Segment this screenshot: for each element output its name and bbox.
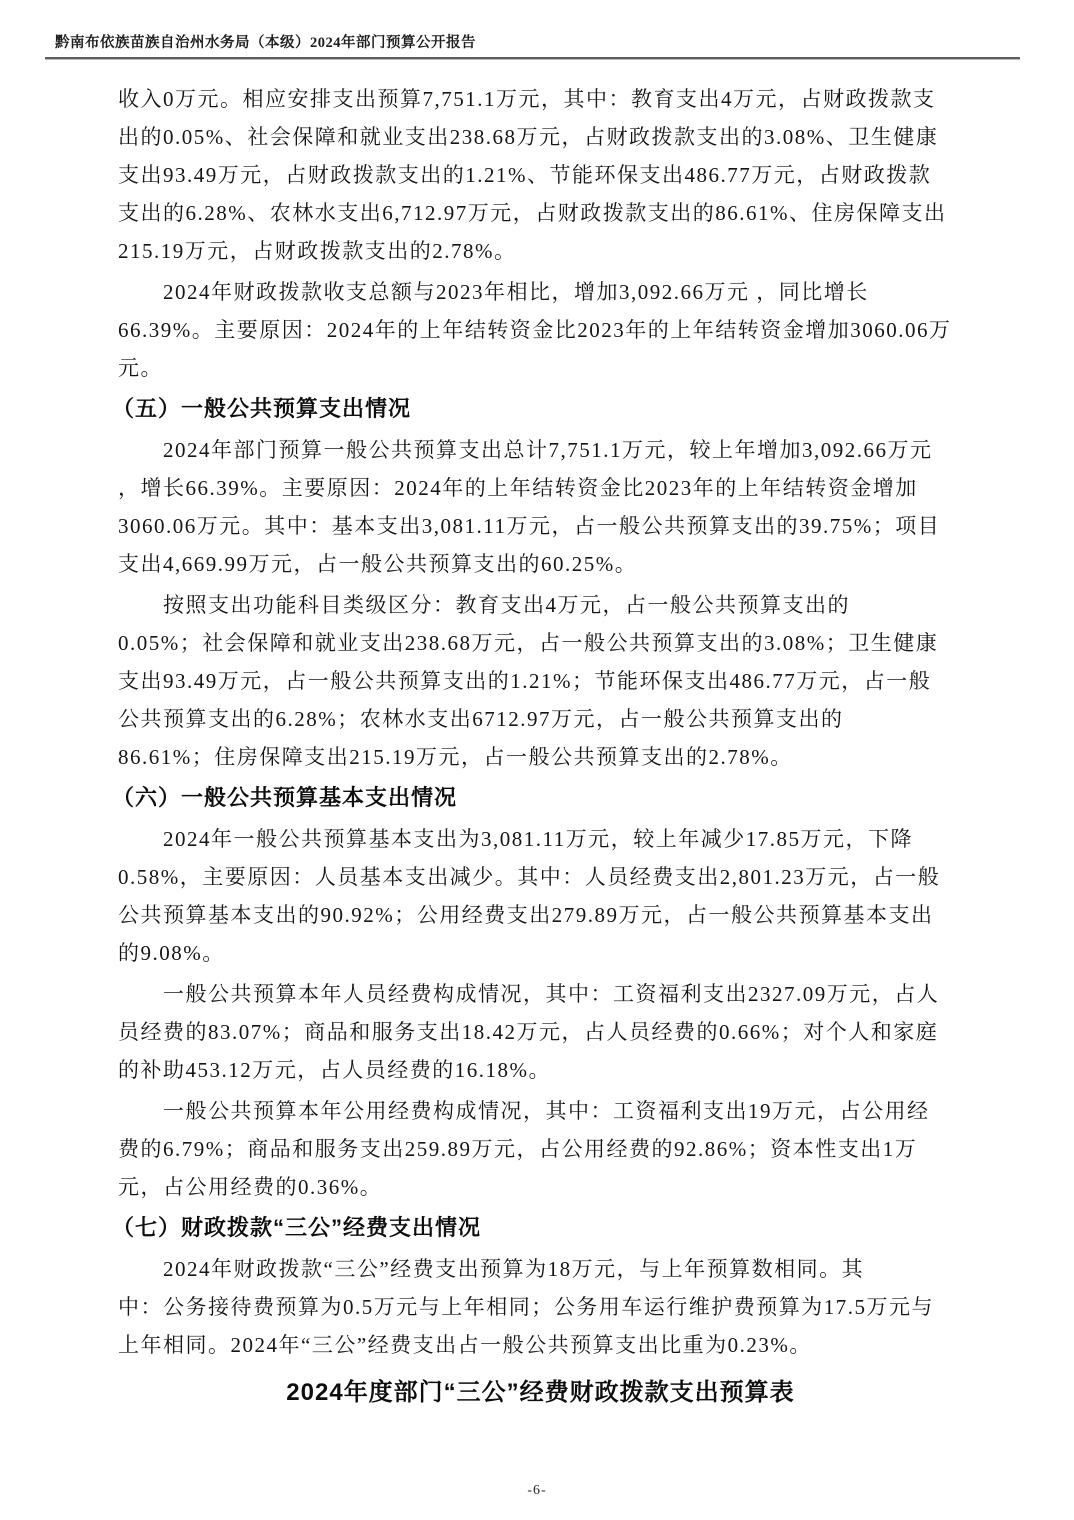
section-heading-6: （六）一般公共预算基本支出情况 [112, 779, 963, 817]
paragraph-line: 支出93.49万元，占财政拨款支出的1.21%、节能环保支出486.77万元，占… [118, 156, 963, 194]
paragraph-public-funds: 一般公共预算本年公用经费构成情况，其中：工资福利支出19万元，占公用经 费的6.… [118, 1092, 963, 1206]
paragraph-line: 3060.06万元。其中：基本支出3,081.11万元，占一般公共预算支出的39… [118, 507, 963, 545]
paragraph-line: 0.05%；社会保障和就业支出238.68万元，占一般公共预算支出的3.08%；… [118, 624, 963, 662]
paragraph-line: 公共预算基本支出的90.92%；公用经费支出279.89万元，占一般公共预算基本… [118, 896, 963, 934]
paragraph-line: 按照支出功能科目类级区分：教育支出4万元，占一般公共预算支出的 [118, 586, 963, 624]
paragraph-line: 员经费的83.07%；商品和服务支出18.42万元，占人员经费的0.66%；对个… [118, 1013, 963, 1051]
page-header-title: 黔南布依族苗族自治州水务局（本级）2024年部门预算公开报告 [55, 31, 476, 52]
paragraph-line: 66.39%。主要原因：2024年的上年结转资金比2023年的上年结转资金增加3… [118, 311, 963, 349]
paragraph-line: ，增长66.39%。主要原因：2024年的上年结转资金比2023年的上年结转资金… [118, 469, 963, 507]
header-divider [45, 57, 1020, 60]
paragraph-line: 一般公共预算本年公用经费构成情况，其中：工资福利支出19万元，占公用经 [118, 1092, 963, 1130]
paragraph-line: 2024年一般公共预算基本支出为3,081.11万元，较上年减少17.85万元，… [118, 820, 963, 858]
paragraph-line: 2024年部门预算一般公共预算支出总计7,751.1万元，较上年增加3,092.… [118, 431, 963, 469]
paragraph-line: 费的6.79%；商品和服务支出259.89万元，占公用经费的92.86%；资本性… [118, 1130, 963, 1168]
paragraph-expenditure-by-function: 按照支出功能科目类级区分：教育支出4万元，占一般公共预算支出的 0.05%；社会… [118, 586, 963, 776]
section-heading-7: （七）财政拨款“三公”经费支出情况 [112, 1209, 963, 1247]
paragraph-general-budget-expenditure: 2024年部门预算一般公共预算支出总计7,751.1万元，较上年增加3,092.… [118, 431, 963, 583]
paragraph-fiscal-allocation-expenditure: 收入0万元。相应安排支出预算7,751.1万元，其中：教育支出4万元，占财政拨款… [118, 80, 963, 270]
paragraph-line: 的9.08%。 [118, 934, 963, 972]
paragraph-line: 支出93.49万元，占一般公共预算支出的1.21%；节能环保支出486.77万元… [118, 662, 963, 700]
paragraph-line: 元，占公用经费的0.36%。 [118, 1168, 963, 1206]
paragraph-line: 出的0.05%、社会保障和就业支出238.68万元，占财政拨款支出的3.08%、… [118, 118, 963, 156]
paragraph-line: 2024年财政拨款“三公”经费支出预算为18万元，与上年预算数相同。其 [118, 1250, 963, 1288]
document-body: 收入0万元。相应安排支出预算7,751.1万元，其中：教育支出4万元，占财政拨款… [118, 80, 963, 1413]
paragraph-line: 215.19万元，占财政拨款支出的2.78%。 [118, 232, 963, 270]
paragraph-personnel-funds: 一般公共预算本年人员经费构成情况，其中：工资福利支出2327.09万元，占人 员… [118, 975, 963, 1089]
paragraph-line: 的补助453.12万元，占人员经费的16.18%。 [118, 1051, 963, 1089]
paragraph-line: 上年相同。2024年“三公”经费支出占一般公共预算支出比重为0.23%。 [118, 1326, 963, 1364]
paragraph-line: 元。 [118, 349, 963, 387]
paragraph-line: 支出4,669.99万元，占一般公共预算支出的60.25%。 [118, 545, 963, 583]
paragraph-basic-expenditure: 2024年一般公共预算基本支出为3,081.11万元，较上年减少17.85万元，… [118, 820, 963, 972]
paragraph-yearly-comparison: 2024年财政拨款收支总额与2023年相比，增加3,092.66万元 ，同比增长… [118, 273, 963, 387]
paragraph-line: 支出的6.28%、农林水支出6,712.97万元，占财政拨款支出的86.61%、… [118, 194, 963, 232]
paragraph-line: 收入0万元。相应安排支出预算7,751.1万元，其中：教育支出4万元，占财政拨款… [118, 80, 963, 118]
paragraph-line: 86.61%；住房保障支出215.19万元，占一般公共预算支出的2.78%。 [118, 738, 963, 776]
page-number: -6- [0, 1483, 1074, 1499]
paragraph-line: 2024年财政拨款收支总额与2023年相比，增加3,092.66万元 ，同比增长 [118, 273, 963, 311]
table-title: 2024年度部门“三公”经费财政拨款支出预算表 [118, 1373, 963, 1413]
paragraph-line: 公共预算支出的6.28%；农林水支出6712.97万元，占一般公共预算支出的 [118, 700, 963, 738]
section-heading-5: （五）一般公共预算支出情况 [112, 390, 963, 428]
paragraph-three-public-expenses: 2024年财政拨款“三公”经费支出预算为18万元，与上年预算数相同。其 中：公务… [118, 1250, 963, 1364]
paragraph-line: 中：公务接待费预算为0.5万元与上年相同；公务用车运行维护费预算为17.5万元与 [118, 1288, 963, 1326]
paragraph-line: 0.58%，主要原因：人员基本支出减少。其中：人员经费支出2,801.23万元，… [118, 858, 963, 896]
paragraph-line: 一般公共预算本年人员经费构成情况，其中：工资福利支出2327.09万元，占人 [118, 975, 963, 1013]
